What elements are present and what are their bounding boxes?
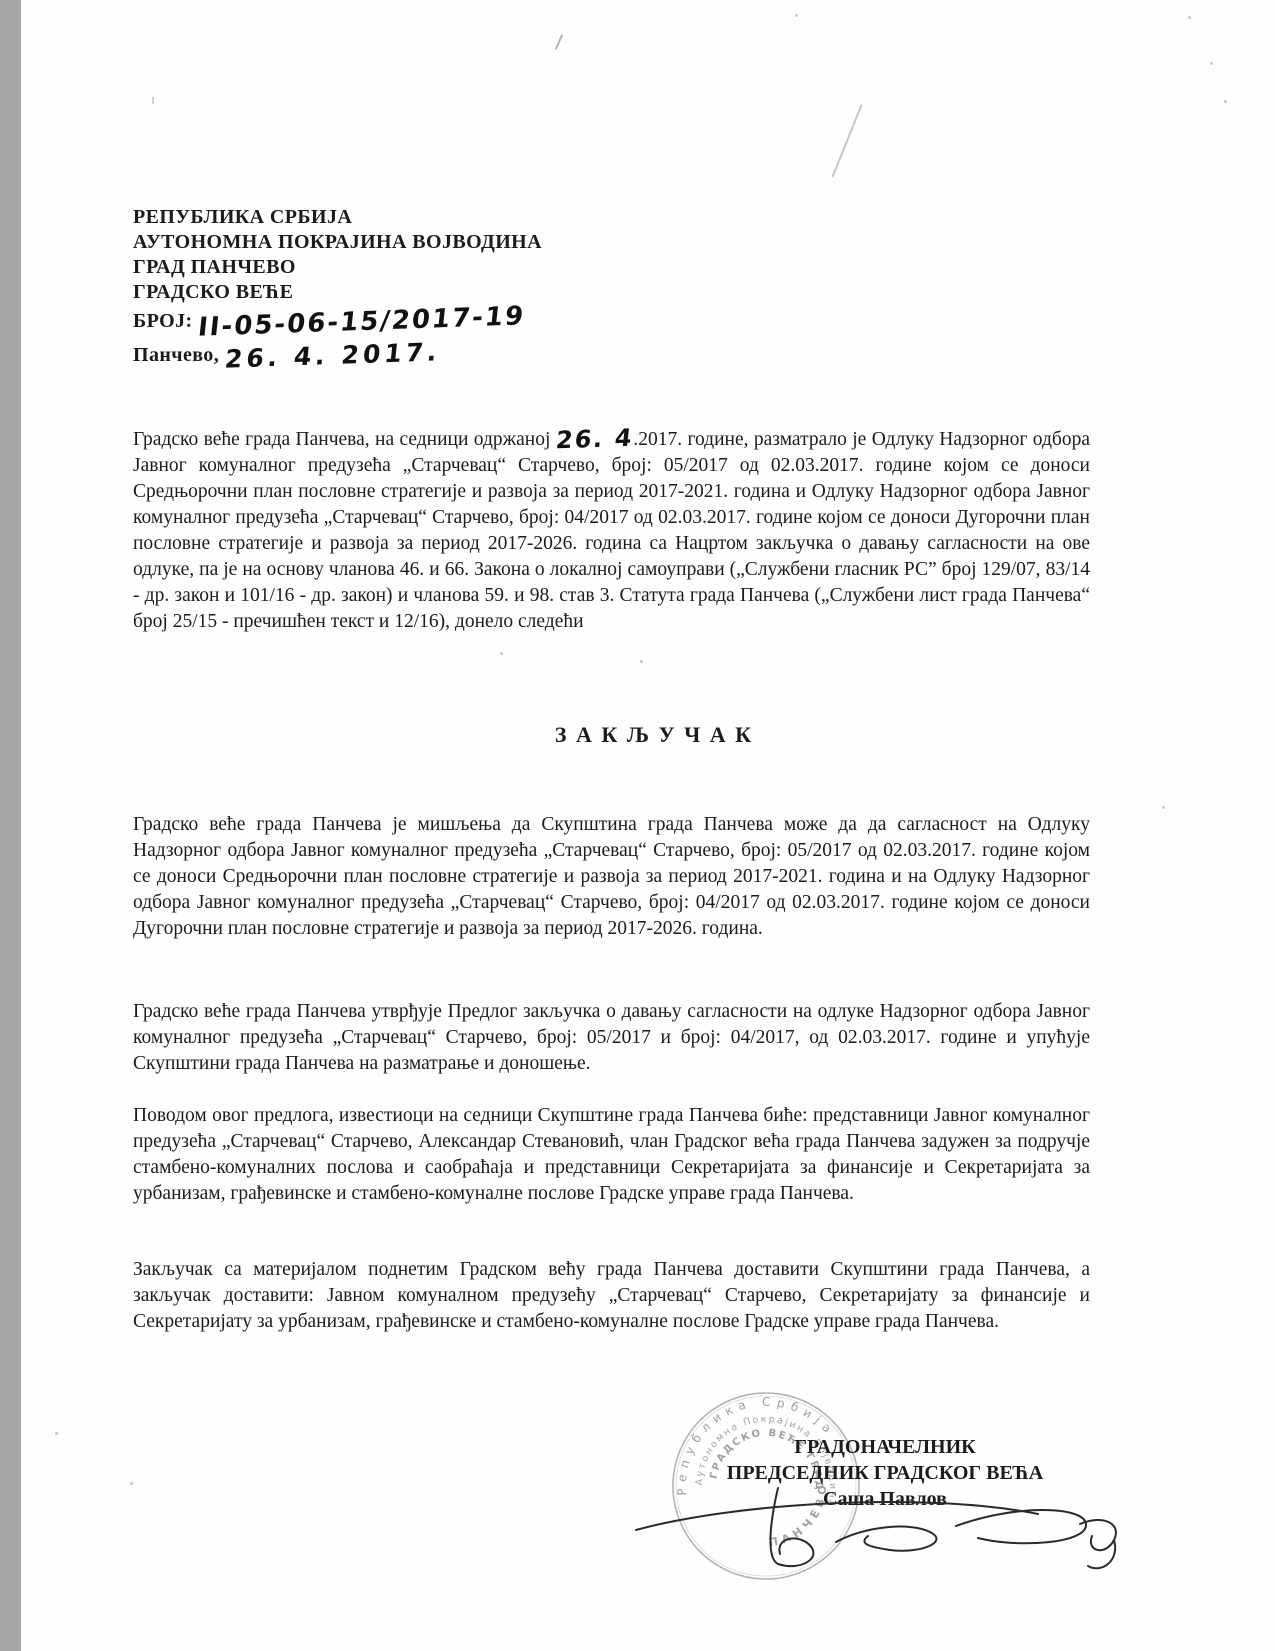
letterhead-city: ГРАД ПАНЧЕВО	[133, 255, 833, 280]
scan-artifact	[55, 1432, 58, 1435]
document-title: З А К Љ У Ч А К	[133, 722, 1090, 748]
scan-artifact	[130, 1482, 133, 1485]
scan-artifact	[831, 104, 862, 177]
place-date-line: Панчево, 26. 4. 2017.	[133, 340, 833, 374]
scan-artifact	[1188, 16, 1191, 19]
preamble-text-start: Градско веће града Панчева, на седници о…	[133, 429, 550, 450]
paragraph-proposal: Градско веће града Панчева утврђује Пред…	[133, 999, 1090, 1077]
signature-stroke	[956, 1510, 1086, 1543]
scan-artifact	[1224, 100, 1227, 103]
paragraph-opinion: Градско веће града Панчева је мишљења да…	[133, 812, 1090, 942]
signature-stroke	[636, 1502, 1038, 1530]
paragraph-preamble: Градско веће града Панчева, на седници о…	[133, 425, 1090, 635]
preamble-text-rest: .2017. године, разматрало је Одлуку Надз…	[133, 429, 1090, 632]
scan-artifact	[1162, 806, 1165, 809]
scan-edge-strip	[0, 0, 21, 1651]
scan-artifact	[500, 652, 503, 655]
paragraph-distribution: Закључак са материјалом поднетим Градско…	[133, 1257, 1090, 1335]
session-date-handwritten: 26. 4	[555, 426, 635, 453]
letterhead-province: АУТОНОМНА ПОКРАЈИНА ВОЈВОДИНА	[133, 230, 833, 255]
document-number-label: БРОЈ:	[133, 310, 193, 332]
scan-artifact	[1210, 62, 1213, 65]
letterhead: РЕПУБЛИКА СРБИЈА АУТОНОМНА ПОКРАЈИНА ВОЈ…	[133, 205, 833, 374]
letterhead-council: ГРАДСКО ВЕЋЕ	[133, 280, 833, 305]
signature-title-mayor: ГРАДОНАЧЕЛНИК	[715, 1434, 1055, 1460]
document-page: РЕПУБЛИКА СРБИЈА АУТОНОМНА ПОКРАЈИНА ВОЈ…	[0, 0, 1275, 1651]
date-handwritten: 26. 4. 2017.	[223, 339, 441, 372]
scan-artifact	[795, 14, 798, 17]
scan-artifact	[555, 34, 563, 49]
letterhead-republic: РЕПУБЛИКА СРБИЈА	[133, 205, 833, 230]
signature-stroke	[836, 1527, 936, 1551]
scan-artifact	[640, 660, 643, 663]
document-number-handwritten: II-05-06-15/2017-19	[197, 303, 527, 341]
signature-stroke	[770, 1488, 813, 1566]
scan-artifact	[152, 97, 154, 104]
document-number-line: БРОЈ: II-05-06-15/2017-19	[133, 306, 833, 338]
place-label: Панчево,	[133, 344, 219, 366]
handwritten-signature	[628, 1478, 1128, 1588]
paragraph-rapporteurs: Поводом овог предлога, известиоци на сед…	[133, 1103, 1090, 1207]
